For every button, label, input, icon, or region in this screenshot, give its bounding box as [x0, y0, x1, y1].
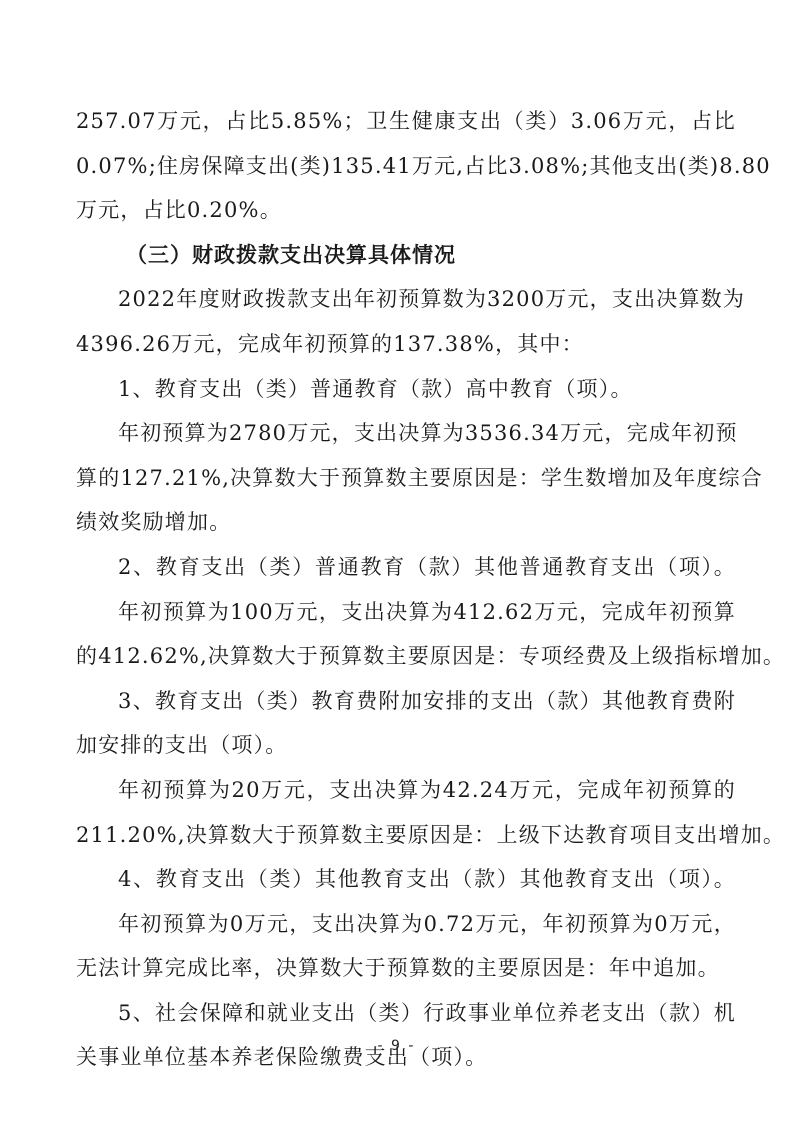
text-line: 算的127.21%,决算数大于预算数主要原因是：学生数增加及年度综合: [76, 456, 736, 501]
paragraph-start: 年初预算为20万元，支出决算为42.24万元，完成年初预算的: [76, 768, 736, 813]
paragraph-start: 年初预算为0万元，支出决算为0.72万元，年初预算为0万元，: [76, 902, 736, 947]
text-line: 4396.26万元，完成年初预算的137.38%，其中：: [76, 322, 736, 367]
page-number: - 9 -: [0, 1038, 793, 1054]
text-line: 万元，占比0.20%。: [76, 188, 736, 233]
text-line: 的412.62%,决算数大于预算数主要原因是：专项经费及上级指标增加。: [76, 634, 736, 679]
item-title-3: 3、教育支出（类）教育费附加安排的支出（款）其他教育费附: [76, 679, 736, 724]
text-line: 257.07万元，占比5.85%；卫生健康支出（类）3.06万元，占比: [76, 99, 736, 144]
paragraph-start: 2022年度财政拨款支出年初预算数为3200万元，支出决算数为: [76, 277, 736, 322]
item-title-4: 4、教育支出（类）其他教育支出（款）其他教育支出（项）。: [76, 857, 736, 902]
text-line: 无法计算完成比率，决算数大于预算数的主要原因是：年中追加。: [76, 946, 736, 991]
section-heading: （三）财政拨款支出决算具体情况: [76, 233, 736, 278]
item-title-5: 5、社会保障和就业支出（类）行政事业单位养老支出（款）机: [76, 991, 736, 1036]
paragraph-start: 年初预算为100万元，支出决算为412.62万元，完成年初预算: [76, 590, 736, 635]
paragraph-start: 年初预算为2780万元，支出决算为3536.34万元，完成年初预: [76, 411, 736, 456]
item-title-2: 2、教育支出（类）普通教育（款）其他普通教育支出（项）。: [76, 545, 736, 590]
text-line: 0.07%;住房保障支出(类)135.41万元,占比3.08%;其他支出(类)8…: [76, 144, 736, 189]
document-page: 257.07万元，占比5.85%；卫生健康支出（类）3.06万元，占比 0.07…: [76, 99, 736, 1080]
text-line: 加安排的支出（项）。: [76, 723, 736, 768]
text-line: 绩效奖励增加。: [76, 500, 736, 545]
text-line: 211.20%,决算数大于预算数主要原因是：上级下达教育项目支出增加。: [76, 813, 736, 858]
item-title-1: 1、教育支出（类）普通教育（款）高中教育（项）。: [76, 367, 736, 412]
